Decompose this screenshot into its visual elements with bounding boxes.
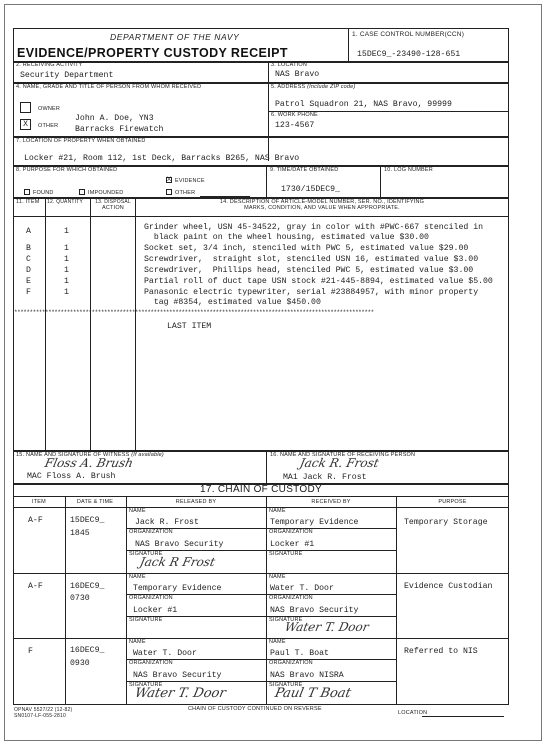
released-by-signature: Jack R Frost [139,555,217,569]
released-by-name[interactable]: Water T. Door [133,649,197,658]
found-label: FOUND [33,190,54,196]
item-letter: D [26,266,31,275]
time-date-obtained-label: 9. TIME/DATE OBTAINED [270,167,338,173]
property-location-label: 7. LOCATION OF PROPERTY WHEN OBTAINED [16,138,146,144]
chain-item: F [28,647,33,656]
released-by-org[interactable]: NAS Bravo Security [135,540,223,549]
released-by-name[interactable]: Temporary Evidence [133,584,221,593]
item-letter: C [26,255,31,264]
item-letter: B [26,244,31,253]
chain-time: 0930 [70,659,90,668]
continued-on-reverse: CHAIN OF CUSTODY CONTINUED ON REVERSE [188,706,322,712]
evidence-label: EVIDENCE [175,178,205,184]
work-phone-value[interactable]: 123-4567 [275,121,314,130]
person-name[interactable]: John A. Doe, YN3 [75,114,154,123]
receiving-activity-label: 2. RECEIVING ACTIVITY [16,62,83,68]
received-by-org[interactable]: NAS Bravo NISRA [270,671,344,680]
quantity-column-header: 12. QUANTITY [47,199,83,205]
chain-received-by-header: RECEIVED BY [266,499,396,505]
other-purpose-checkbox[interactable] [166,189,172,195]
item-column-header: 11. ITEM [16,199,40,205]
chain-time: 0730 [70,594,90,603]
item-description: Socket set, 3/4 inch, stenciled with PWC… [144,244,468,253]
chain-time: 1845 [70,529,90,538]
receiver-name[interactable]: MA1 Jack R. Frost [283,473,367,482]
form-title: EVIDENCE/PROPERTY CUSTODY RECEIPT [17,46,288,60]
ccn-label: 1. CASE CONTROL NUMBER(CCN) [352,31,464,38]
chain-released-by-header: RELEASED BY [126,499,266,505]
received-by-name[interactable]: Temporary Evidence [270,518,358,527]
item-letter: E [26,277,31,286]
item-quantity: 1 [64,288,69,297]
received-by-signature: Water T. Door [284,620,371,634]
received-by-name[interactable]: Paul T. Boat [270,649,329,658]
witness-name[interactable]: MAC Floss A. Brush [27,472,115,481]
property-location-value[interactable]: Locker #21, Room 112, 1st Deck, Barracks… [24,154,299,163]
log-number-label: 10. LOG NUMBER [384,167,433,173]
chain-item: A-F [28,516,43,525]
description-column-header: 14. DESCRIPTION OF ARTICLE-MODEL NUMBER,… [136,199,508,211]
address-value[interactable]: Patrol Squadron 21, NAS Bravo, 99999 [275,100,452,109]
receiver-signature: Jack R. Frost [299,456,381,470]
item-description: Partial roll of duct tape USN stock #21-… [144,277,493,286]
chain-purpose[interactable]: Referred to NIS [404,647,478,656]
chain-item: A-F [28,582,43,591]
work-phone-label: 6. WORK PHONE [271,112,318,118]
disposal-column-header: 13. DISPOSAL ACTION [92,199,134,211]
item-description-cont: black paint on the wheel housing, estima… [144,233,429,242]
other-label: OTHER [38,123,58,129]
item-quantity: 1 [64,244,69,253]
item-quantity: 1 [64,277,69,286]
time-date-obtained-value[interactable]: 1730/15DEC9_ [281,185,340,194]
received-by-name[interactable]: Water T. Door [270,584,334,593]
received-by-signature: Paul T Boat [273,686,352,701]
released-by-name[interactable]: Jack R. Frost [135,518,199,527]
address-label: 5. ADDRESS (Include ZIP code) [271,84,355,90]
witness-signature: Floss A. Brush [44,456,135,470]
released-by-org[interactable]: NAS Bravo Security [133,671,221,680]
location-footer-blank[interactable] [422,716,504,717]
item-description: Panasonic electric typewriter, serial #2… [144,288,478,297]
stock-number: SN0107-LF-055-2810 [14,713,66,719]
item-description: Screwdriver, straight slot, stenciled US… [144,255,478,264]
impounded-label: IMPOUNDED [88,190,123,196]
item-description: Grinder wheel, USN 45-34522, gray in col… [144,223,483,232]
item-description-cont: tag #8354, estimated value $450.00 [144,298,321,307]
other-purpose-label: OTHER [175,190,195,196]
person-title[interactable]: Barracks Firewatch [75,125,163,134]
chain-datetime-header: DATE & TIME [65,499,125,505]
item-quantity: 1 [64,227,69,236]
chain-of-custody-title: 17. CHAIN OF CUSTODY [13,484,509,495]
last-item-marker: LAST ITEM [167,322,211,331]
person-received-from-label: 4. NAME, GRADE AND TITLE OF PERSON FROM … [16,84,201,90]
purpose-label: 8. PURPOSE FOR WHICH OBTAINED [16,167,117,173]
item-quantity: 1 [64,266,69,275]
found-checkbox[interactable] [24,189,30,195]
item-quantity: 1 [64,255,69,264]
owner-label: OWNER [38,106,60,112]
item-letter: A [26,227,31,236]
chain-purpose-header: PURPOSE [396,499,509,505]
chain-purpose[interactable]: Evidence Custodian [404,582,492,591]
evidence-checkbox[interactable]: X [166,177,172,183]
item-description: Screwdriver, Phillips head, stenciled PW… [144,266,473,275]
other-checkbox[interactable]: X [20,119,31,130]
items-end-separator: ****************************************… [14,309,508,316]
received-by-org[interactable]: Locker #1 [270,540,314,549]
location-value[interactable]: NAS Bravo [275,70,319,79]
released-by-org[interactable]: Locker #1 [133,606,177,615]
receiving-activity-value[interactable]: Security Department [20,71,113,80]
department-heading: DEPARTMENT OF THE NAVY [110,32,239,42]
impounded-checkbox[interactable] [79,189,85,195]
received-by-org[interactable]: NAS Bravo Security [270,606,358,615]
owner-checkbox[interactable] [20,102,31,113]
released-by-signature: Water T. Door [133,686,227,701]
item-letter: F [26,288,31,297]
location-label: 3. LOCATION [271,62,307,68]
chain-date: 16DEC9_ [70,646,104,655]
chain-purpose[interactable]: Temporary Storage [404,518,488,527]
ccn-value[interactable]: 15DEC9_-23490-128-651 [357,50,460,59]
chain-item-header: ITEM [13,499,65,505]
chain-date: 15DEC9_ [70,516,104,525]
chain-date: 16DEC9_ [70,582,104,591]
